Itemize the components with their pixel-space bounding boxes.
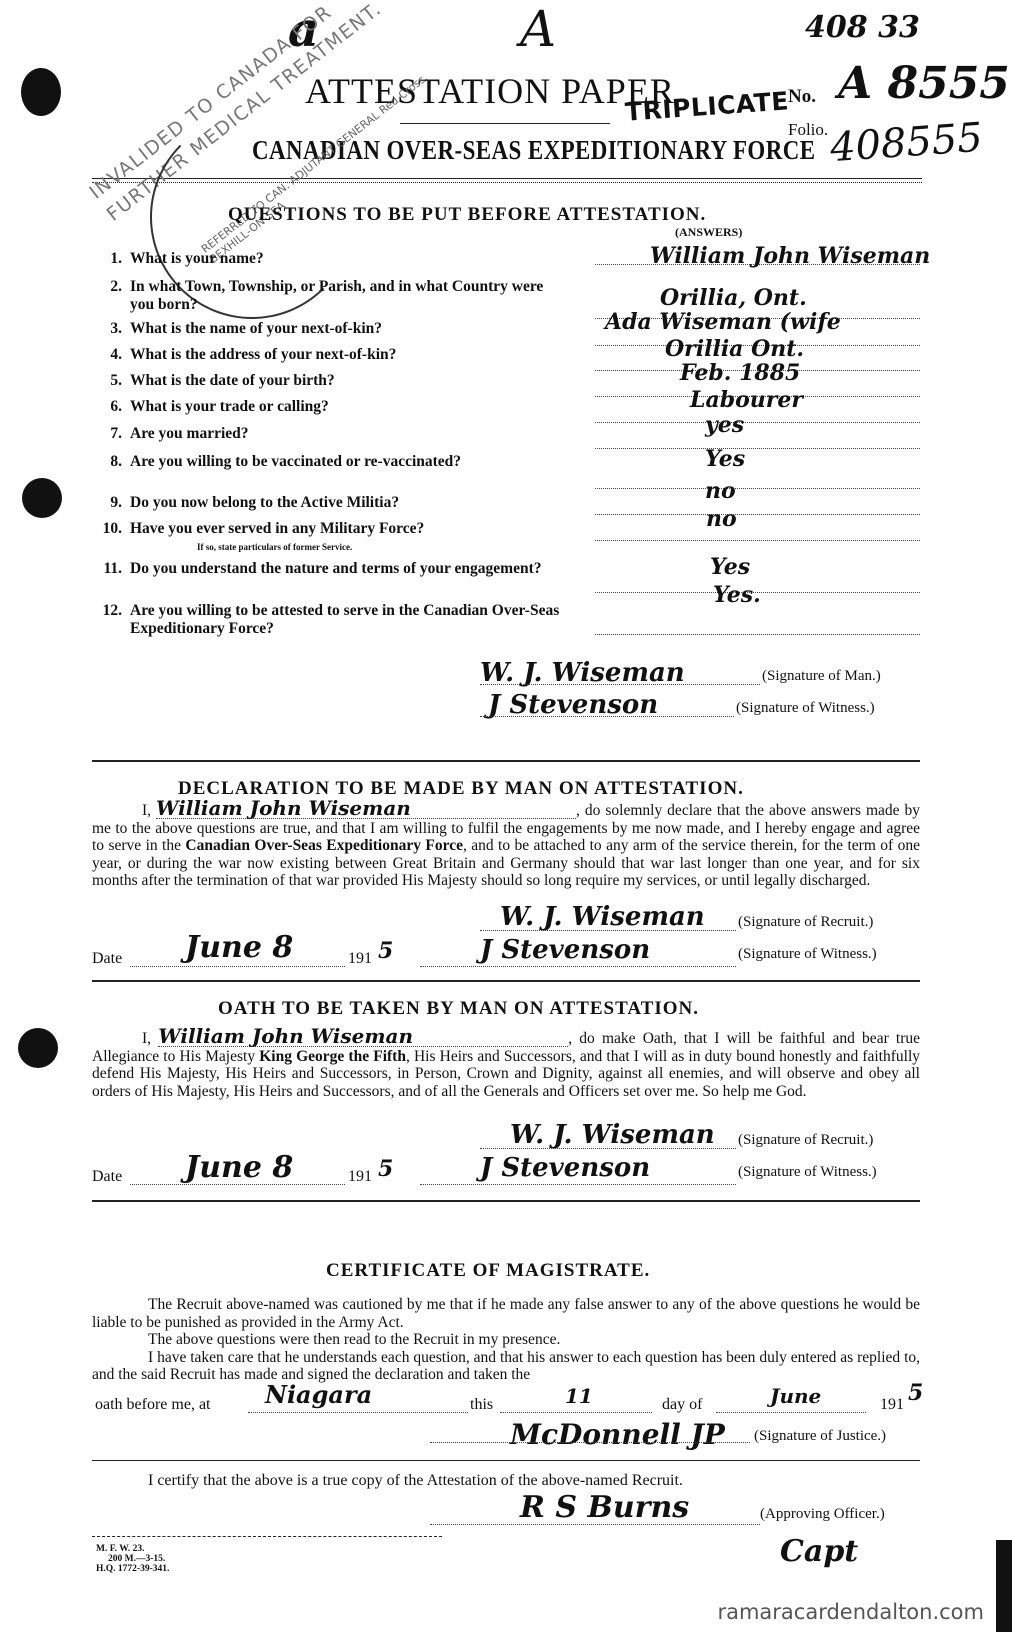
- question-text: Are you willing to be attested to serve …: [130, 602, 565, 638]
- declaration-signature-recruit-label: (Signature of Recruit.): [738, 914, 873, 931]
- no-label: No.: [788, 86, 816, 108]
- answer-value: no: [706, 506, 737, 532]
- attestation-number: A 8555: [838, 58, 1010, 109]
- question-text: What is the date of your birth?: [130, 372, 565, 390]
- answer-value: Yes.: [713, 582, 761, 608]
- section-divider: [92, 1200, 920, 1202]
- oath-date: June 8: [185, 1150, 293, 1185]
- declaration-i: I,: [92, 802, 151, 819]
- question-number: 7.: [92, 425, 122, 443]
- answer-value: Orillia, Ont.: [660, 285, 807, 311]
- answer-value: Ada Wiseman (wife: [605, 309, 841, 335]
- answer-value: Yes: [710, 554, 750, 580]
- footer-rule: [92, 1536, 442, 1537]
- question-text: What is your name?: [130, 250, 565, 268]
- day-line: [500, 1412, 652, 1413]
- signature-line: [420, 1184, 736, 1185]
- question-text: Have you ever served in any Military For…: [130, 520, 565, 538]
- question-number: 6.: [92, 398, 122, 416]
- certificate-year-prefix: 191: [880, 1396, 904, 1414]
- question-text: What is the name of your next-of-kin?: [130, 320, 565, 338]
- answer-line: [595, 540, 920, 541]
- page-title: ATTESTATION PAPER: [305, 70, 675, 112]
- folio-number: 408555: [829, 115, 985, 172]
- question-text: Are you married?: [130, 425, 565, 443]
- divider: [400, 123, 610, 124]
- signature-line: [420, 966, 736, 967]
- question-number: 10.: [92, 520, 122, 538]
- signature-officer-rank: Capt: [780, 1534, 858, 1569]
- answer-value: Feb. 1885: [680, 360, 800, 386]
- signature-line: [480, 684, 760, 685]
- section-divider: [92, 760, 920, 762]
- oath-i: I,: [92, 1030, 151, 1047]
- declaration-year-prefix: 191: [348, 950, 372, 968]
- handwritten-mark: A: [520, 0, 556, 58]
- watermark: ramaracardendalton.com: [717, 1600, 984, 1624]
- question-text: Are you willing to be vaccinated or re-v…: [130, 453, 565, 471]
- answer-line: [595, 422, 920, 423]
- certificate-place: Niagara: [265, 1380, 372, 1409]
- form-code-line: M. F. W. 23.: [96, 1544, 169, 1554]
- this-label: this: [470, 1396, 493, 1414]
- date-line: [130, 966, 345, 967]
- certificate-text: The Recruit above-named was cautioned by…: [92, 1296, 920, 1384]
- question-number: 4.: [92, 346, 122, 364]
- declaration-signature-witness: J Stevenson: [480, 935, 650, 965]
- form-code-line: H.Q. 1772-39-341.: [96, 1564, 169, 1574]
- certificate-year-suffix: 5: [908, 1380, 923, 1406]
- answers-label: (ANSWERS): [675, 225, 742, 240]
- questions-heading: QUESTIONS TO BE PUT BEFORE ATTESTATION.: [228, 204, 706, 226]
- declaration-date: June 8: [185, 930, 293, 965]
- oath-date-label: Date: [92, 1168, 122, 1186]
- month-line: [716, 1412, 866, 1413]
- certificate-para1: The Recruit above-named was cautioned by…: [92, 1296, 920, 1331]
- oath-heading: OATH TO BE TAKEN BY MAN ON ATTESTATION.: [218, 998, 699, 1020]
- oath-signature-recruit-label: (Signature of Recruit.): [738, 1132, 873, 1149]
- signature-officer: R S Burns: [520, 1490, 689, 1525]
- answer-line: [595, 488, 920, 489]
- answer-value: Labourer: [690, 387, 803, 413]
- answer-value: yes: [705, 412, 744, 438]
- oath-signature-witness: J Stevenson: [480, 1153, 650, 1183]
- declaration-signature-witness-label: (Signature of Witness.): [738, 946, 877, 963]
- declaration-name: William John Wiseman: [156, 800, 576, 819]
- declaration-text: I, William John Wiseman, do solemnly dec…: [92, 800, 920, 890]
- question-text: Do you understand the nature and terms o…: [130, 560, 565, 578]
- oath-signature-recruit: W. J. Wiseman: [510, 1120, 715, 1150]
- section-divider: [92, 980, 920, 982]
- question-number: 8.: [92, 453, 122, 471]
- question-number: 11.: [92, 560, 122, 578]
- signature-line: [480, 1148, 736, 1149]
- question-number: 9.: [92, 494, 122, 512]
- approving-officer-label: (Approving Officer.): [760, 1506, 885, 1523]
- certificate-month: June: [770, 1384, 821, 1408]
- oath-name: William John Wiseman: [158, 1028, 568, 1047]
- declaration-date-label: Date: [92, 950, 122, 968]
- oath-signature-witness-label: (Signature of Witness.): [738, 1164, 877, 1181]
- signature-line: [430, 1442, 750, 1443]
- declaration-year-suffix: 5: [378, 938, 393, 964]
- answer-value: no: [705, 478, 736, 504]
- top-right-number: 408 33: [805, 10, 920, 45]
- question-note: If so, state particulars of former Servi…: [197, 538, 352, 556]
- answer-line: [595, 634, 920, 635]
- punch-hole: [21, 68, 61, 116]
- oath-before-label: oath before me, at: [95, 1396, 211, 1414]
- answer-value: Yes: [705, 446, 745, 472]
- punch-hole: [22, 478, 62, 518]
- approval-text: I certify that the above is a true copy …: [148, 1472, 683, 1490]
- signature-line: [430, 1524, 760, 1525]
- certificate-heading: CERTIFICATE OF MAGISTRATE.: [326, 1260, 650, 1282]
- question-text: Do you now belong to the Active Militia?: [130, 494, 565, 512]
- signature-justice-label: (Signature of Justice.): [754, 1428, 886, 1445]
- certificate-para2: The above questions were then read to th…: [92, 1331, 920, 1349]
- page-edge-shadow: [996, 1540, 1012, 1632]
- answer-line: [595, 448, 920, 449]
- signature-justice: McDonnell JP: [510, 1418, 725, 1451]
- form-code-line: 200 M.—3-15.: [96, 1554, 169, 1564]
- form-code: M. F. W. 23. 200 M.—3-15. H.Q. 1772-39-3…: [96, 1544, 169, 1574]
- oath-year-prefix: 191: [348, 1168, 372, 1186]
- oath-year-suffix: 5: [378, 1156, 393, 1182]
- certificate-day: 11: [565, 1384, 593, 1408]
- declaration-text-bold: Canadian Over-Seas Expeditionary Force: [185, 837, 463, 854]
- question-number: 3.: [92, 320, 122, 338]
- place-line: [248, 1412, 468, 1413]
- oath-text-bold: King George the Fifth: [259, 1048, 406, 1065]
- question-number: 1.: [92, 250, 122, 268]
- question-number: 5.: [92, 372, 122, 390]
- question-number: 2.: [92, 278, 122, 296]
- signature-line: [480, 716, 734, 717]
- answer-line: [595, 514, 920, 515]
- question-text: What is the address of your next-of-kin?: [130, 346, 565, 364]
- question-text: What is your trade or calling?: [130, 398, 565, 416]
- section-divider: [92, 1460, 920, 1461]
- certificate-para3: I have taken care that he understands ea…: [92, 1349, 920, 1384]
- answer-value: William John Wiseman: [650, 243, 930, 269]
- declaration-signature-recruit: W. J. Wiseman: [500, 902, 705, 932]
- punch-hole: [18, 1028, 58, 1068]
- question-text: In what Town, Township, or Parish, and i…: [130, 278, 565, 314]
- answer-value: Orillia Ont.: [665, 336, 804, 362]
- question-number: 12.: [92, 602, 122, 620]
- signature-line: [480, 930, 736, 931]
- signature-man-label: (Signature of Man.): [762, 668, 881, 685]
- signature-witness-label: (Signature of Witness.): [736, 700, 875, 717]
- oath-text: I, William John Wiseman, do make Oath, t…: [92, 1028, 920, 1100]
- day-of-label: day of: [662, 1396, 702, 1414]
